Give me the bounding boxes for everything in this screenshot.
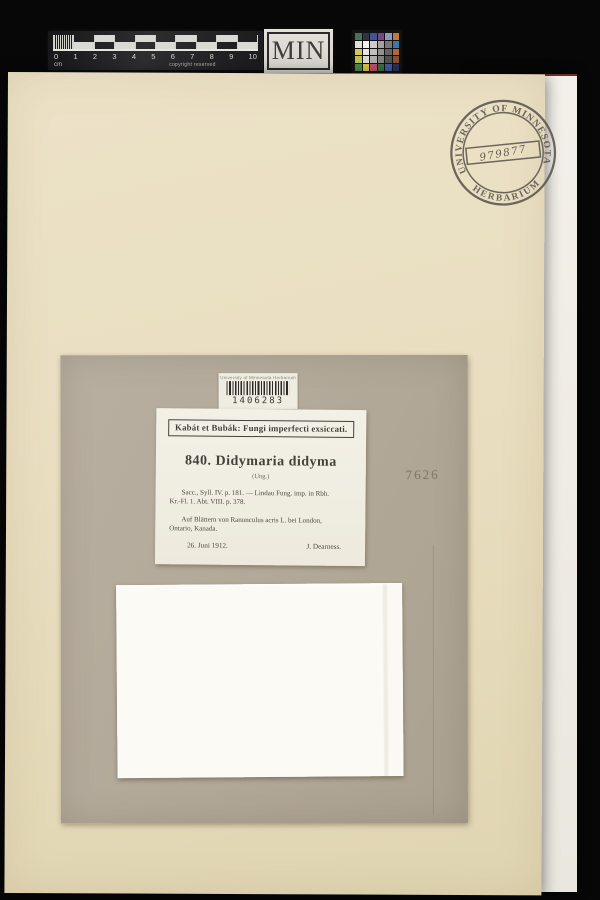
color-swatch xyxy=(363,64,370,71)
scale-bar-numbers: 0 1 2 3 4 5 6 7 8 9 10 xyxy=(53,52,258,61)
tick-number: 3 xyxy=(112,52,116,61)
copyright-label: copyright reserved xyxy=(169,62,216,68)
series-title: Kabát et Bubák: Fungi imperfecti exsicca… xyxy=(168,419,354,438)
color-swatch xyxy=(355,41,362,48)
specimen-label: Kabát et Bubák: Fungi imperfecti exsicca… xyxy=(155,408,366,566)
barcode-icon xyxy=(227,381,290,395)
color-swatch xyxy=(385,49,392,56)
tick-number: 7 xyxy=(190,52,194,61)
habitat-line1: Auf Blättern von Ranunculus acris L. bei… xyxy=(181,515,322,524)
color-swatch xyxy=(363,41,370,48)
tick-number: 8 xyxy=(210,52,214,61)
color-swatch xyxy=(370,56,377,63)
scale-bar-blocks xyxy=(53,35,258,51)
scale-segment xyxy=(114,35,134,49)
citation-line1: Sacc., Syll. IV. p. 181. — Lindau Fung. … xyxy=(182,488,330,497)
tick-number: 2 xyxy=(93,52,97,61)
color-swatch xyxy=(378,33,385,40)
scale-segment xyxy=(135,35,155,49)
color-swatch xyxy=(393,64,400,71)
color-swatch xyxy=(363,49,370,56)
barcode-label: University of Minnesota Herbarium 140628… xyxy=(219,373,298,409)
color-swatch xyxy=(355,56,362,63)
scale-segment xyxy=(175,35,195,49)
scale-segment xyxy=(53,35,73,49)
collector-name: J. Dearness. xyxy=(307,543,342,551)
habitat-text: Auf Blättern von Ranunculus acris L. bei… xyxy=(169,515,351,535)
unit-label: cm xyxy=(54,62,62,68)
taxon-heading: 840. Didymaria didyma xyxy=(166,453,356,471)
color-swatch xyxy=(370,41,377,48)
tick-number: 9 xyxy=(229,52,233,61)
color-swatch xyxy=(393,41,400,48)
sheet-crease xyxy=(433,545,434,815)
citation-line2: Kr.-Fl. 1. Abt. VIII. p. 378. xyxy=(169,497,245,506)
color-swatch xyxy=(355,33,362,40)
scale-segment xyxy=(196,35,216,49)
color-swatch xyxy=(385,41,392,48)
herbarium-stamp: UNIVERSITY OF MINNESOTA HERBARIUM 979877 xyxy=(441,91,565,215)
stamp-university-text: UNIVERSITY OF MINNESOTA xyxy=(449,98,554,175)
barcode-header: University of Minnesota Herbarium xyxy=(219,375,298,380)
color-swatch xyxy=(393,33,400,40)
scale-segment xyxy=(237,35,258,49)
color-swatch xyxy=(378,49,385,56)
color-swatch xyxy=(355,64,362,71)
color-swatch xyxy=(385,33,392,40)
color-swatch xyxy=(370,49,377,56)
tick-number: 0 xyxy=(54,52,58,61)
tick-number: 4 xyxy=(132,52,136,61)
accession-stamp: 7626 xyxy=(406,467,440,484)
tick-number: 6 xyxy=(171,52,175,61)
scale-segment xyxy=(94,35,114,49)
color-swatch xyxy=(378,64,385,71)
citation-text: Sacc., Syll. IV. p. 181. — Lindau Fung. … xyxy=(169,488,351,508)
tick-number: 10 xyxy=(249,52,257,61)
barcode-number: 1406283 xyxy=(219,396,298,406)
collection-date: 26. Juni 1912. xyxy=(187,541,228,549)
color-checker xyxy=(352,30,402,74)
color-swatch xyxy=(363,56,370,63)
herbarium-scan: 0 1 2 3 4 5 6 7 8 9 10 cm copyright rese… xyxy=(0,0,600,900)
color-swatch xyxy=(370,64,377,71)
color-swatch xyxy=(370,33,377,40)
svg-text:UNIVERSITY OF MINNESOTA: UNIVERSITY OF MINNESOTA xyxy=(449,98,554,175)
color-swatch xyxy=(385,64,392,71)
specimen-mount-sheet: University of Minnesota Herbarium 140628… xyxy=(61,355,468,823)
herbarium-sheet: UNIVERSITY OF MINNESOTA HERBARIUM 979877… xyxy=(4,72,545,895)
scale-segment xyxy=(216,35,236,49)
color-swatch xyxy=(355,49,362,56)
color-swatch xyxy=(378,56,385,63)
habitat-line2: Ontario, Kanada. xyxy=(169,524,217,532)
specimen-packet xyxy=(116,583,404,778)
color-swatch xyxy=(393,49,400,56)
label-footer: 26. Juni 1912. J. Dearness. xyxy=(187,541,341,550)
scale-segment xyxy=(155,35,175,49)
taxon-author: (Ung.) xyxy=(166,472,356,481)
scale-bar: 0 1 2 3 4 5 6 7 8 9 10 cm copyright rese… xyxy=(48,31,263,70)
institution-card: MIN xyxy=(264,29,333,73)
scale-segment xyxy=(73,35,93,49)
tick-number: 1 xyxy=(73,52,77,61)
color-checker-grid xyxy=(355,33,399,71)
institution-code: MIN xyxy=(267,32,330,70)
color-swatch xyxy=(378,41,385,48)
color-swatch xyxy=(363,33,370,40)
tick-number: 5 xyxy=(151,52,155,61)
color-swatch xyxy=(393,56,400,63)
color-swatch xyxy=(385,56,392,63)
